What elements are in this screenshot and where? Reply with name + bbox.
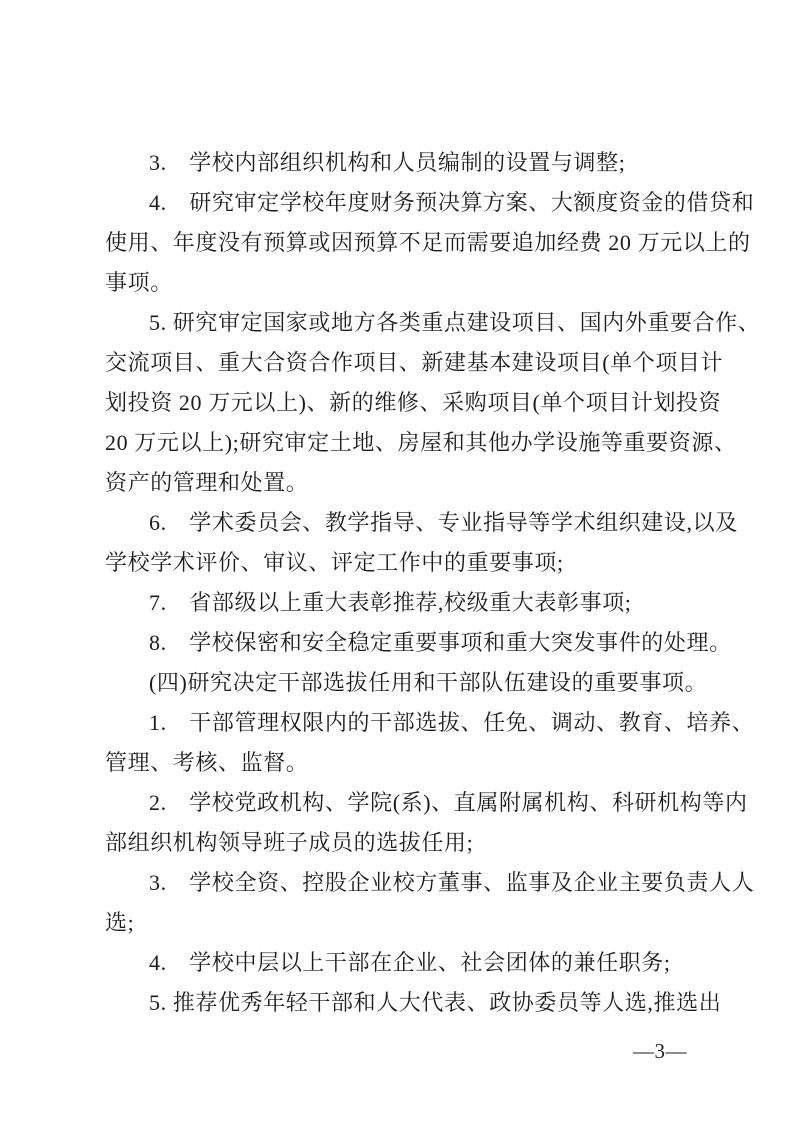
paragraph: 5. 推荐优秀年轻干部和人大代表、政协委员等人选,推选出 <box>105 983 711 1023</box>
text-line: 5. 研究审定国家或地方各类重点建设项目、国内外重要合作、 <box>105 303 711 343</box>
text-line: 3. 学校全资、控股企业校方董事、监事及企业主要负责人人 <box>105 863 711 903</box>
text-line: 20 万元以上);研究审定土地、房屋和其他办学设施等重要资源、 <box>105 423 711 463</box>
paragraph: 3. 学校全资、控股企业校方董事、监事及企业主要负责人人选; <box>105 863 711 943</box>
paragraph: (四)研究决定干部选拔任用和干部队伍建设的重要事项。 <box>105 663 711 703</box>
text-line: 8. 学校保密和安全稳定重要事项和重大突发事件的处理。 <box>105 623 711 663</box>
document-page: 3. 学校内部组织机构和人员编制的设置与调整;4. 研究审定学校年度财务预决算方… <box>0 0 793 1122</box>
text-line: 学校学术评价、审议、评定工作中的重要事项; <box>105 543 711 583</box>
text-line: 4. 研究审定学校年度财务预决算方案、大额度资金的借贷和 <box>105 183 711 223</box>
text-line: 交流项目、重大合资合作项目、新建基本建设项目(单个项目计 <box>105 343 711 383</box>
text-line: 事项。 <box>105 263 711 303</box>
page-number: —3— <box>633 1038 693 1064</box>
text-line: 7. 省部级以上重大表彰推荐,校级重大表彰事项; <box>105 583 711 623</box>
text-line: 2. 学校党政机构、学院(系)、直属附属机构、科研机构等内 <box>105 783 711 823</box>
paragraph: 4. 研究审定学校年度财务预决算方案、大额度资金的借贷和使用、年度没有预算或因预… <box>105 183 711 303</box>
text-line: 资产的管理和处置。 <box>105 463 711 503</box>
paragraph: 5. 研究审定国家或地方各类重点建设项目、国内外重要合作、交流项目、重大合资合作… <box>105 303 711 503</box>
paragraph: 2. 学校党政机构、学院(系)、直属附属机构、科研机构等内部组织机构领导班子成员… <box>105 783 711 863</box>
text-line: 3. 学校内部组织机构和人员编制的设置与调整; <box>105 143 711 183</box>
paragraph: 3. 学校内部组织机构和人员编制的设置与调整; <box>105 143 711 183</box>
paragraph: 4. 学校中层以上干部在企业、社会团体的兼任职务; <box>105 943 711 983</box>
paragraph: 6. 学术委员会、教学指导、专业指导等学术组织建设,以及学校学术评价、审议、评定… <box>105 503 711 583</box>
text-line: (四)研究决定干部选拔任用和干部队伍建设的重要事项。 <box>105 663 711 703</box>
document-body: 3. 学校内部组织机构和人员编制的设置与调整;4. 研究审定学校年度财务预决算方… <box>105 143 711 1023</box>
text-line: 1. 干部管理权限内的干部选拔、任免、调动、教育、培养、 <box>105 703 711 743</box>
text-line: 选; <box>105 903 711 943</box>
text-line: 部组织机构领导班子成员的选拔任用; <box>105 823 711 863</box>
text-line: 划投资 20 万元以上)、新的维修、采购项目(单个项目计划投资 <box>105 383 711 423</box>
paragraph: 7. 省部级以上重大表彰推荐,校级重大表彰事项; <box>105 583 711 623</box>
text-line: 6. 学术委员会、教学指导、专业指导等学术组织建设,以及 <box>105 503 711 543</box>
text-line: 5. 推荐优秀年轻干部和人大代表、政协委员等人选,推选出 <box>105 983 711 1023</box>
text-line: 管理、考核、监督。 <box>105 743 711 783</box>
paragraph: 8. 学校保密和安全稳定重要事项和重大突发事件的处理。 <box>105 623 711 663</box>
text-line: 4. 学校中层以上干部在企业、社会团体的兼任职务; <box>105 943 711 983</box>
text-line: 使用、年度没有预算或因预算不足而需要追加经费 20 万元以上的 <box>105 223 711 263</box>
paragraph: 1. 干部管理权限内的干部选拔、任免、调动、教育、培养、管理、考核、监督。 <box>105 703 711 783</box>
